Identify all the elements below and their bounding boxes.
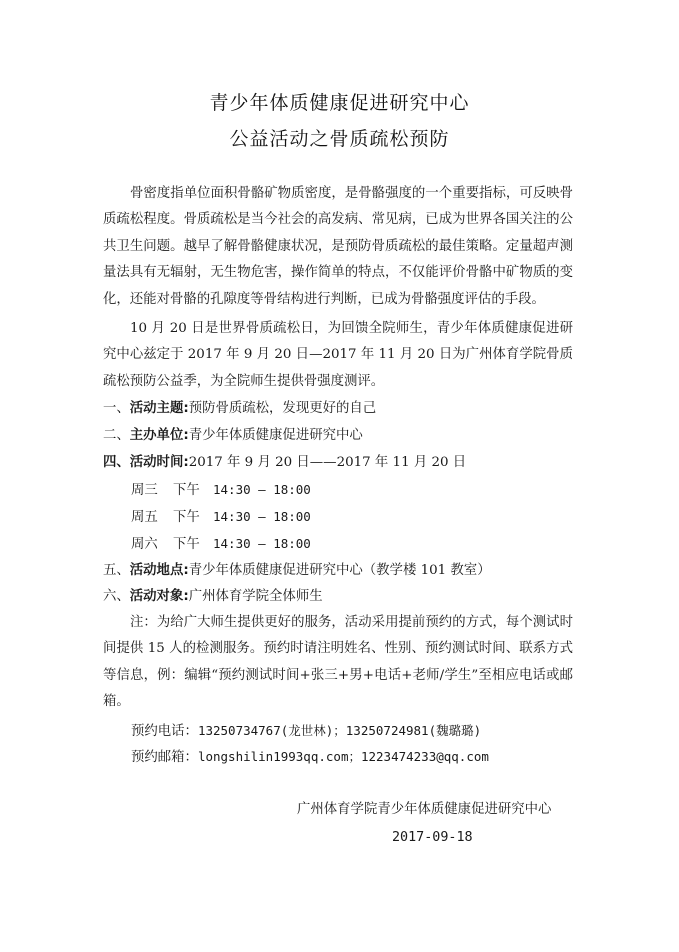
schedule-row: 周三下午14:30 — 18:00 xyxy=(131,480,311,501)
document-subtitle: 公益活动之骨质疏松预防 xyxy=(0,124,679,151)
item-time: 四、活动时间:2017 年 9 月 20 日——2017 年 11 月 20 日 xyxy=(103,453,466,473)
intro-paragraph-2: 10 月 20 日是世界骨质疏松日，为回馈全院师生，青少年体质健康促进研究中心兹… xyxy=(103,316,573,395)
item-audience: 六、活动对象:广州体育学院全体师生 xyxy=(103,587,323,607)
schedule-row: 周五下午14:30 — 18:00 xyxy=(131,507,311,528)
schedule-day: 周六 xyxy=(131,535,173,555)
schedule-period: 下午 xyxy=(173,535,213,555)
schedule-row: 周六下午14:30 — 18:00 xyxy=(131,534,311,555)
item-prefix: 四、 xyxy=(103,455,130,470)
item-value: 广州体育学院全体师生 xyxy=(189,589,323,604)
signature-date: 2017-09-18 xyxy=(392,828,473,848)
item-location: 五、活动地点:青少年体质健康促进研究中心（教学楼 101 教室） xyxy=(103,561,491,581)
phone-value: 13250734767(龙世林)；13250724981(魏璐璐) xyxy=(198,723,481,738)
item-prefix: 二、 xyxy=(103,428,130,443)
email-value: longshilin1993qq.com；1223474233@qq.com xyxy=(198,749,489,764)
document-title: 青少年体质健康促进研究中心 xyxy=(0,88,679,115)
schedule-day: 周三 xyxy=(131,481,173,501)
reservation-note: 注：为给广大师生提供更好的服务，活动采用提前预约的方式，每个测试时间提供 15 … xyxy=(103,610,573,716)
item-organizer: 二、主办单位:青少年体质健康促进研究中心 xyxy=(103,426,363,446)
item-prefix: 一、 xyxy=(103,401,130,416)
item-theme: 一、活动主题:预防骨质疏松，发现更好的自己 xyxy=(103,399,376,419)
item-label: 活动地点: xyxy=(130,563,189,578)
item-value: 青少年体质健康促进研究中心 xyxy=(189,428,363,443)
item-value: 青少年体质健康促进研究中心（教学楼 101 教室） xyxy=(189,563,491,578)
item-value: 预防骨质疏松，发现更好的自己 xyxy=(189,401,376,416)
item-label: 活动对象: xyxy=(130,589,189,604)
schedule-time: 14:30 — 18:00 xyxy=(213,534,311,554)
email-label: 预约邮箱： xyxy=(131,750,198,765)
item-value: 2017 年 9 月 20 日——2017 年 11 月 20 日 xyxy=(189,455,466,470)
contact-phone: 预约电话：13250734767(龙世林)；13250724981(魏璐璐) xyxy=(131,721,481,742)
item-label: 活动主题: xyxy=(130,401,189,416)
schedule-period: 下午 xyxy=(173,508,213,528)
schedule-day: 周五 xyxy=(131,508,173,528)
schedule-time: 14:30 — 18:00 xyxy=(213,480,311,500)
signature-org: 广州体育学院青少年体质健康促进研究中心 xyxy=(297,800,551,820)
item-label: 主办单位: xyxy=(130,428,189,443)
item-prefix: 五、 xyxy=(103,563,130,578)
contact-email: 预约邮箱：longshilin1993qq.com；1223474233@qq.… xyxy=(131,747,489,768)
item-label: 活动时间: xyxy=(130,455,189,470)
phone-label: 预约电话： xyxy=(131,724,198,739)
intro-paragraph-1: 骨密度指单位面积骨骼矿物质密度，是骨骼强度的一个重要指标，可反映骨质疏松程度。骨… xyxy=(103,181,573,313)
schedule-period: 下午 xyxy=(173,481,213,501)
item-prefix: 六、 xyxy=(103,589,130,604)
schedule-time: 14:30 — 18:00 xyxy=(213,507,311,527)
